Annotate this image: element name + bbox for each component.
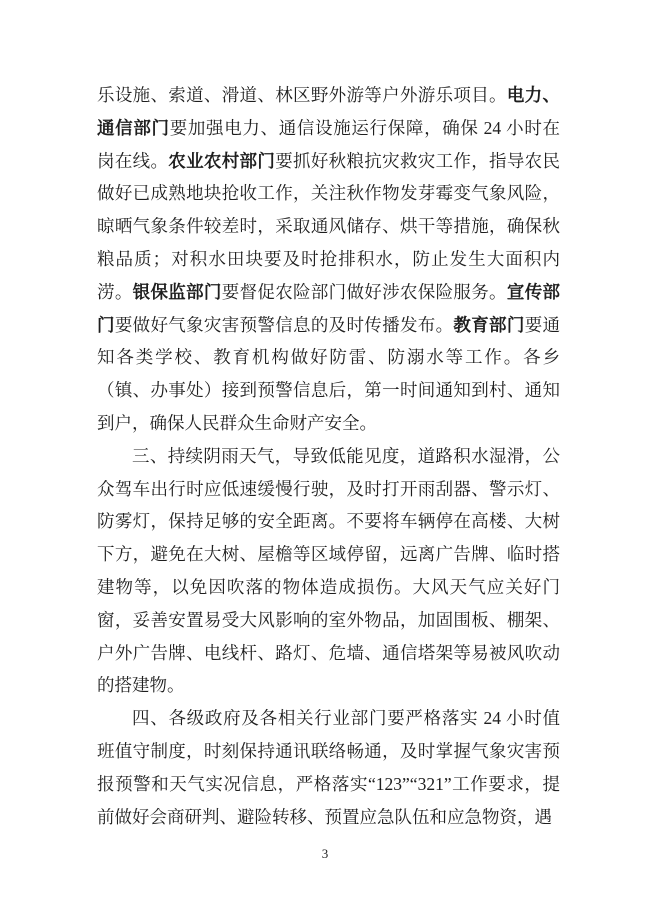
paragraph-item-three: 三、持续阴雨天气，导致低能见度，道路积水湿滑，公众驾车出行时应低速缓慢行驶，及时…	[97, 440, 560, 702]
text-run: 三、持续阴雨天气，导致低能见度，道路积水湿滑，公众驾车出行时应低速缓慢行驶，及时…	[97, 446, 560, 696]
document-body: 乐设施、索道、滑道、林区野外游等户外游乐项目。电力、通信部门要加强电力、通信设施…	[97, 79, 560, 833]
text-run-bold-banking-insurance: 银保监部门	[133, 282, 222, 302]
document-page: 乐设施、索道、滑道、林区野外游等户外游乐项目。电力、通信部门要加强电力、通信设施…	[0, 0, 650, 919]
paragraph-departments: 乐设施、索道、滑道、林区野外游等户外游乐项目。电力、通信部门要加强电力、通信设施…	[97, 79, 560, 440]
text-run: 要抓好秋粮抗灾救灾工作，指导农民做好已成熟地块抢收工作，关注秋作物发芽霉变气象风…	[97, 151, 560, 302]
text-run-bold-agriculture: 农业农村部门	[168, 151, 275, 171]
text-run: 要做好气象灾害预警信息的及时传播发布。	[115, 315, 454, 335]
text-run: 四、各级政府及各相关行业部门要严格落实 24 小时值班值守制度，时刻保持通讯联络…	[97, 708, 560, 826]
paragraph-item-four: 四、各级政府及各相关行业部门要严格落实 24 小时值班值守制度，时刻保持通讯联络…	[97, 702, 560, 833]
page-number: 3	[0, 846, 650, 862]
text-run: 要督促农险部门做好涉农保险服务。	[222, 282, 507, 302]
text-run: 乐设施、索道、滑道、林区野外游等户外游乐项目。	[97, 85, 507, 105]
text-run-bold-education: 教育部门	[453, 315, 524, 335]
